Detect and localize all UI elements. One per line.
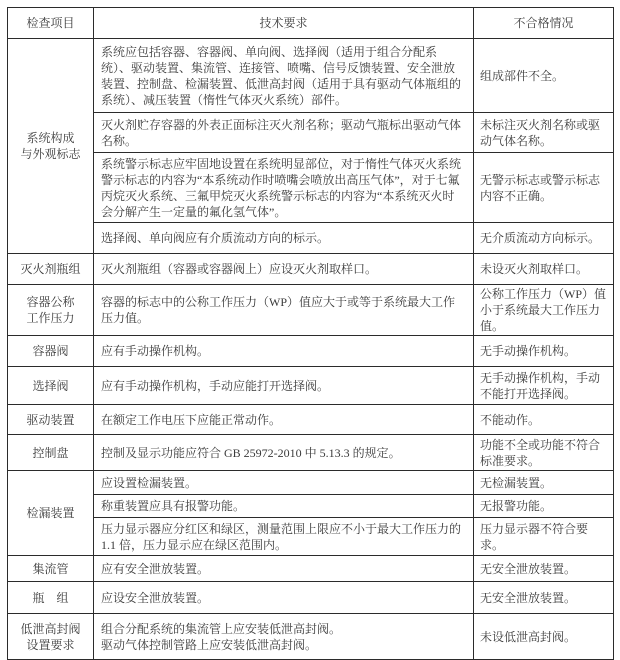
fail-cell: 无警示标志或警示标志内容不正确。 <box>474 153 614 223</box>
req-cell: 称重装置应具有报警功能。 <box>94 495 474 518</box>
table-row: 灭火剂瓶组 灭火剂瓶组（容器或容器阀上）应设灭火剂取样口。 未设灭火剂取样口。 <box>8 254 614 285</box>
fail-cell: 未标注灭火剂名称或驱动气体名称。 <box>474 113 614 153</box>
item-container-valve: 容器阀 <box>8 336 94 367</box>
fail-cell: 无报警功能。 <box>474 495 614 518</box>
table-row: 瓶 组 应设安全泄放装置。 无安全泄放装置。 <box>8 582 614 614</box>
table-row: 低泄高封阀 设置要求 组合分配系统的集流管上应安装低泄高封阀。 驱动气体控制管路… <box>8 614 614 642</box>
req-cell: 控制及显示功能应符合 GB 25972-2010 中 5.13.3 的规定。 <box>94 435 474 471</box>
req-cell: 应设置检漏装置。 <box>94 471 474 495</box>
fail-cell: 未设灭火剂取样口。 <box>474 254 614 285</box>
table-row: 容器公称 工作压力 容器的标志中的公称工作压力（WP）值应大于或等于系统最大工作… <box>8 285 614 336</box>
fail-cell: 无安全泄放装置。 <box>474 556 614 582</box>
fail-cell: 无安全泄放装置。 <box>474 582 614 614</box>
document-page: 检查项目 技术要求 不合格情况 系统构成 与外观标志 系统应包括容器、容器阀、单… <box>7 7 613 641</box>
table-row: 选择阀、单向阀应有介质流动方向的标示。 无介质流动方向标示。 <box>8 223 614 254</box>
req-cell: 容器的标志中的公称工作压力（WP）值应大于或等于系统最大工作压力值。 <box>94 285 474 336</box>
item-leak-detection-device: 检漏装置 <box>8 471 94 556</box>
fail-cell: 公称工作压力（WP）值小于系统最大工作压力值。 <box>474 285 614 336</box>
fail-cell: 组成部件不全。 <box>474 39 614 113</box>
header-nonconformity: 不合格情况 <box>474 8 614 39</box>
item-bottle-group: 瓶 组 <box>8 582 94 614</box>
req-cell: 灭火剂瓶组（容器或容器阀上）应设灭火剂取样口。 <box>94 254 474 285</box>
inspection-requirements-table: 检查项目 技术要求 不合格情况 系统构成 与外观标志 系统应包括容器、容器阀、单… <box>7 7 614 641</box>
header-row: 检查项目 技术要求 不合格情况 <box>8 8 614 39</box>
item-selector-valve: 选择阀 <box>8 367 94 405</box>
table-row: 选择阀 应有手动操作机构，手动应能打开选择阀。 无手动操作机构，手动不能打开选择… <box>8 367 614 405</box>
item-manifold: 集流管 <box>8 556 94 582</box>
req-cell: 应有手动操作机构，手动应能打开选择阀。 <box>94 367 474 405</box>
fail-cell: 压力显示器不符合要求。 <box>474 518 614 556</box>
table-row: 称重装置应具有报警功能。 无报警功能。 <box>8 495 614 518</box>
req-cell: 压力显示器应分红区和绿区，测量范围上限应不小于最大工作压力的 1.1 倍，压力显… <box>94 518 474 556</box>
fail-cell: 未设低泄高封阀。 <box>474 614 614 642</box>
table-row: 驱动装置 在额定工作电压下应能正常动作。 不能动作。 <box>8 405 614 435</box>
fail-cell: 无手动操作机构。 <box>474 336 614 367</box>
req-cell: 组合分配系统的集流管上应安装低泄高封阀。 驱动气体控制管路上应安装低泄高封阀。 <box>94 614 474 642</box>
fail-cell: 功能不全或功能不符合标准要求。 <box>474 435 614 471</box>
req-cell: 在额定工作电压下应能正常动作。 <box>94 405 474 435</box>
table-row: 控制盘 控制及显示功能应符合 GB 25972-2010 中 5.13.3 的规… <box>8 435 614 471</box>
req-cell: 应有安全泄放装置。 <box>94 556 474 582</box>
item-system-structure-and-marking: 系统构成 与外观标志 <box>8 39 94 254</box>
table-row: 压力显示器应分红区和绿区，测量范围上限应不小于最大工作压力的 1.1 倍，压力显… <box>8 518 614 556</box>
req-cell: 系统应包括容器、容器阀、单向阀、选择阀（适用于组合分配系统）、驱动装置、集流管、… <box>94 39 474 113</box>
req-cell: 灭火剂贮存容器的外表正面标注灭火剂名称；驱动气瓶标出驱动气体名称。 <box>94 113 474 153</box>
item-drive-device: 驱动装置 <box>8 405 94 435</box>
req-cell: 选择阀、单向阀应有介质流动方向的标示。 <box>94 223 474 254</box>
item-control-panel: 控制盘 <box>8 435 94 471</box>
fail-cell: 无介质流动方向标示。 <box>474 223 614 254</box>
table-row: 灭火剂贮存容器的外表正面标注灭火剂名称；驱动气瓶标出驱动气体名称。 未标注灭火剂… <box>8 113 614 153</box>
header-inspection-item: 检查项目 <box>8 8 94 39</box>
fail-cell: 不能动作。 <box>474 405 614 435</box>
item-container-nominal-working-pressure: 容器公称 工作压力 <box>8 285 94 336</box>
table-row: 检漏装置 应设置检漏装置。 无检漏装置。 <box>8 471 614 495</box>
req-cell: 应设安全泄放装置。 <box>94 582 474 614</box>
table-row: 系统构成 与外观标志 系统应包括容器、容器阀、单向阀、选择阀（适用于组合分配系统… <box>8 39 614 113</box>
header-technical-requirement: 技术要求 <box>94 8 474 39</box>
table-row: 容器阀 应有手动操作机构。 无手动操作机构。 <box>8 336 614 367</box>
table-row: 系统警示标志应牢固地设置在系统明显部位，对于惰性气体灭火系统警示标志的内容为“本… <box>8 153 614 223</box>
item-agent-bottle-group: 灭火剂瓶组 <box>8 254 94 285</box>
req-cell: 应有手动操作机构。 <box>94 336 474 367</box>
table-row: 集流管 应有安全泄放装置。 无安全泄放装置。 <box>8 556 614 582</box>
item-low-leak-high-seal-valve-requirement: 低泄高封阀 设置要求 <box>8 614 94 642</box>
fail-cell: 无检漏装置。 <box>474 471 614 495</box>
req-cell: 系统警示标志应牢固地设置在系统明显部位，对于惰性气体灭火系统警示标志的内容为“本… <box>94 153 474 223</box>
fail-cell: 无手动操作机构，手动不能打开选择阀。 <box>474 367 614 405</box>
